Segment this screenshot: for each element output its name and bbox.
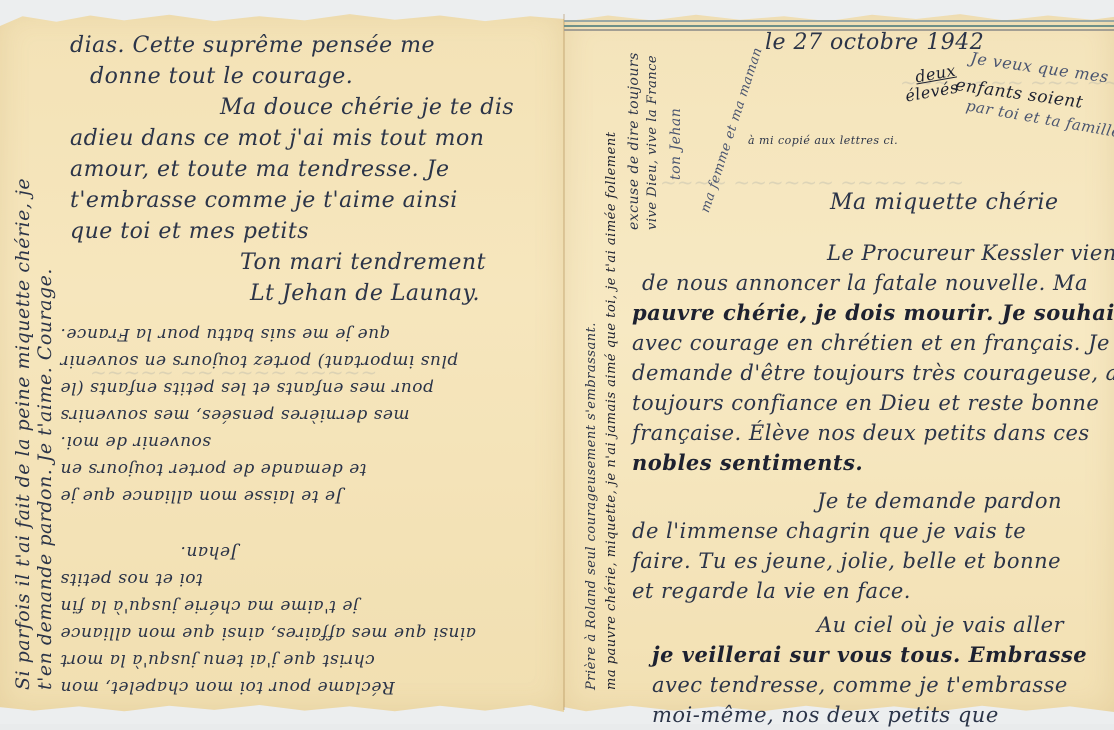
body-line: française. Élève nos deux petits dans ce…: [632, 418, 1114, 448]
salutation: Ma miquette chérie: [830, 190, 1059, 215]
inverted-line: mes dernières pensées, mes souvenirs: [60, 401, 530, 428]
left-margin-note-line-2: t'en demande pardon. Je t'aime. Courage.: [34, 268, 56, 690]
inverted-line: Je te laisse mon alliance que je: [60, 482, 530, 509]
inverted-line: plus important) portez toujours en souve…: [60, 347, 530, 374]
left-line: que toi et mes petits: [70, 216, 514, 247]
inverted-line: Réclame pour toi mon chapelet, mon: [60, 673, 530, 700]
body-line: de l'immense chagrin que je vais te: [632, 516, 1114, 546]
header-rule-1: [564, 20, 1114, 22]
left-margin-note-line-1: Si parfois il t'ai fait de la peine miqu…: [12, 178, 34, 690]
left-line: amour, et toute ma tendresse. Je: [70, 154, 514, 185]
page-fold: [563, 14, 565, 710]
body-line: et regarde la vie en face.: [632, 576, 1114, 606]
left-line: adieu dans ce mot j'ai mis tout mon: [70, 123, 514, 154]
body-line: avec tendresse, comme je t'embrasse: [632, 670, 1114, 700]
body-line: moi-même, nos deux petits que: [632, 700, 1114, 724]
left-line: t'embrasse comme je t'aime ainsi: [70, 185, 514, 216]
right-margin-note-1: Prière à Roland seul courageusement s'em…: [584, 322, 599, 690]
left-line: dias. Cette suprême pensée me: [70, 30, 514, 61]
right-margin-note-5: ton Jehan: [668, 108, 684, 180]
inverted-line: toi et nos petits: [60, 565, 530, 592]
letter-date: le 27 octobre 1942: [765, 30, 984, 55]
body-line: Je te demande pardon: [632, 486, 1114, 516]
scanned-letter: ~~~ ~~~~ ~~~ ~~ ~~~~ ~~~~~~ ~~~~ ~~~ ~~~…: [0, 0, 1114, 724]
body-line: nobles sentiments.: [632, 448, 1114, 478]
signature: Lt Jehan de Launay.: [70, 278, 514, 309]
signoff: Ton mari tendrement: [70, 247, 514, 278]
header-rule-2: [564, 25, 1114, 27]
inverted-line: pour mes enfants et les petits enfants (…: [60, 374, 530, 401]
body-line: pauvre chérie, je dois mourir. Je souhai…: [632, 298, 1114, 328]
right-margin-note-2: ma pauvre chérie, miquette, je n'ai jama…: [604, 132, 619, 690]
inverted-line: te demande de porter toujours en: [60, 455, 530, 482]
body-line: toujours confiance en Dieu et reste bonn…: [632, 388, 1114, 418]
left-line: Ma douce chérie je te dis: [70, 92, 514, 123]
right-margin-note-4: vive Dieu, vive la France: [645, 55, 660, 230]
inverted-line: que je me suis battu pour la France.: [60, 320, 530, 347]
inverted-line: christ que j'ai tenu jusqu'à la mort: [60, 646, 530, 673]
body-line: demande d'être toujours très courageuse,…: [632, 358, 1114, 388]
inverted-line: je t'aime ma chérie jusqu'à la fin: [60, 592, 530, 619]
body-line: Le Procureur Kessler vient: [632, 238, 1114, 268]
left-upright-text: dias. Cette suprême pensée me donne tout…: [70, 30, 514, 309]
right-margin-note-3: excuse de dire toujours: [626, 52, 642, 230]
inverted-line: ainsi que mes affaires, ainsi que mon al…: [60, 619, 530, 646]
left-line: donne tout le courage.: [70, 61, 514, 92]
left-upside-down-text-block-1: Je te laisse mon alliance que je te dema…: [60, 320, 530, 509]
body-line: de nous annoncer la fatale nouvelle. Ma: [632, 268, 1114, 298]
inverted-signature: Jehan.: [60, 538, 530, 565]
postscript-note: à mi copié aux lettres ci.: [748, 134, 898, 147]
body-line: je veillerai sur vous tous. Embrasse: [632, 640, 1114, 670]
letter-body: Le Procureur Kessler vient de nous annon…: [632, 238, 1114, 724]
body-line: Au ciel où je vais aller: [632, 610, 1114, 640]
left-upside-down-text-block-2: Réclame pour toi mon chapelet, mon chris…: [60, 538, 530, 700]
inverted-line: souvenir de moi.: [60, 428, 530, 455]
body-line: avec courage en chrétien et en français.…: [632, 328, 1114, 358]
body-line: faire. Tu es jeune, jolie, belle et bonn…: [632, 546, 1114, 576]
